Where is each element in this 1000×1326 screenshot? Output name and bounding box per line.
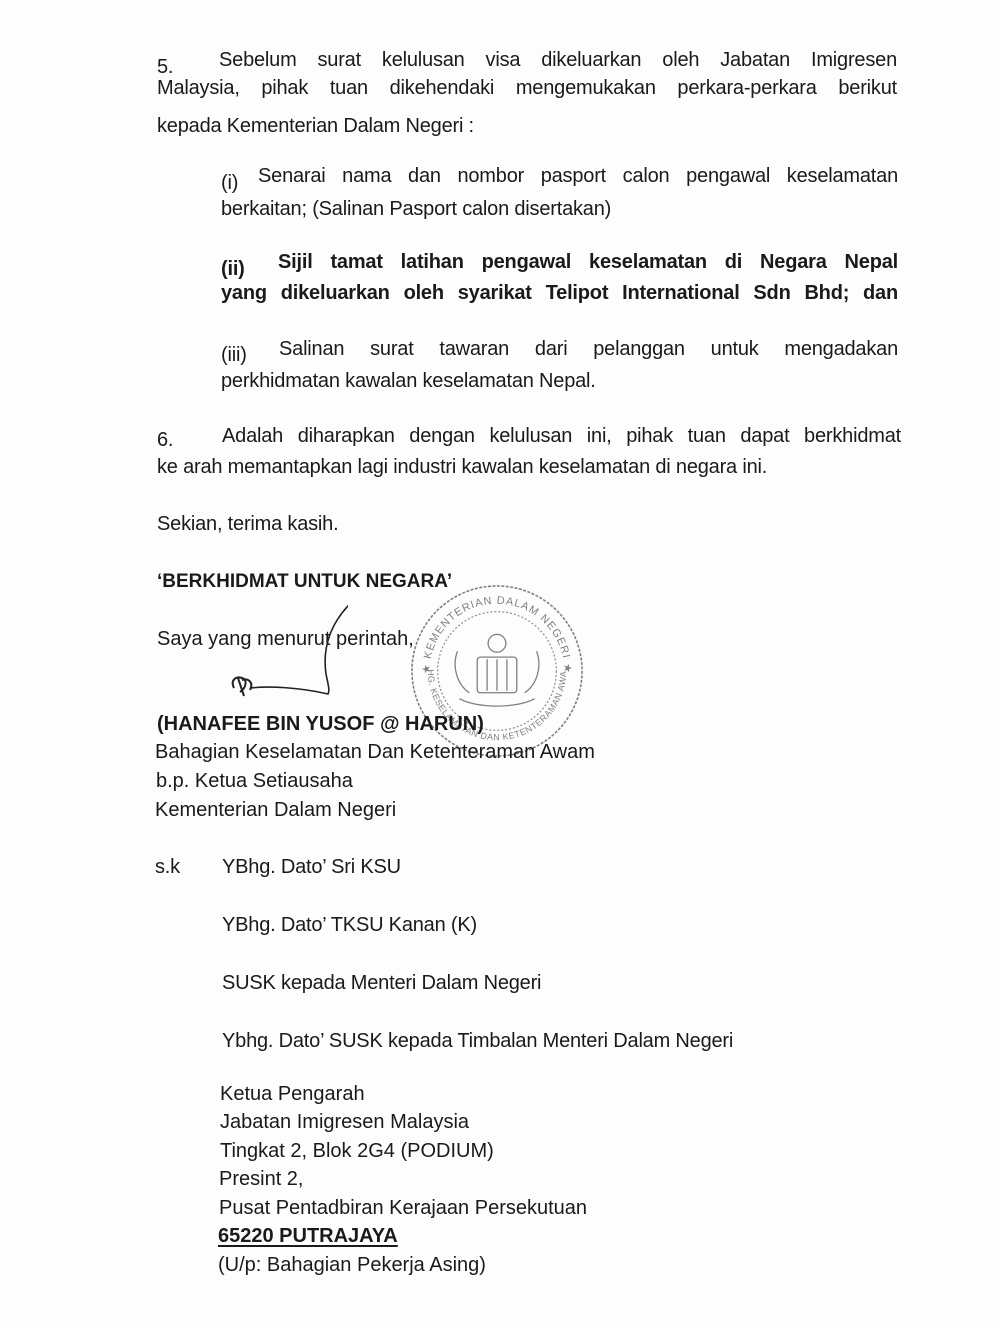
cc-recipient: YBhg. Dato’ Sri KSU: [222, 856, 401, 879]
address-line: Pusat Pentadbiran Kerajaan Persekutuan: [219, 1197, 587, 1220]
closing-text: Sekian, terima kasih.: [157, 513, 338, 536]
item-text-line: Senarai nama dan nombor pasport calon pe…: [258, 165, 898, 188]
item-text-line: Sijil tamat latihan pengawal keselamatan…: [278, 251, 898, 274]
item-text-line: perkhidmatan kawalan keselamatan Nepal.: [221, 370, 596, 393]
paragraph-text-line: Malaysia, pihak tuan dikehendaki mengemu…: [157, 77, 897, 100]
address-city: 65220 PUTRAJAYA: [218, 1225, 398, 1248]
signatory-division: Bahagian Keselamatan Dan Ketenteraman Aw…: [155, 741, 595, 764]
cc-recipient: Ybhg. Dato’ SUSK kepada Timbalan Menteri…: [222, 1030, 733, 1053]
cc-recipient: YBhg. Dato’ TKSU Kanan (K): [222, 914, 477, 937]
item-label: (i): [221, 172, 238, 195]
signatory-on-behalf: b.p. Ketua Setiausaha: [156, 770, 353, 793]
address-attention: (U/p: Bahagian Pekerja Asing): [218, 1254, 486, 1277]
address-line: Tingkat 2, Blok 2G4 (PODIUM): [220, 1140, 494, 1163]
item-label: (ii): [221, 258, 245, 281]
signature-icon: [228, 592, 348, 712]
cc-recipient: SUSK kepada Menteri Dalam Negeri: [222, 972, 541, 995]
paragraph-text-line: Adalah diharapkan dengan kelulusan ini, …: [222, 425, 901, 448]
item-text-line: Salinan surat tawaran dari pelanggan unt…: [279, 338, 898, 361]
item-label: (iii): [221, 344, 247, 367]
letter-page: 5. Sebelum surat kelulusan visa dikeluar…: [0, 0, 1000, 1326]
address-line: Ketua Pengarah: [220, 1083, 365, 1106]
paragraph-number: 5.: [157, 56, 173, 79]
address-line: Jabatan Imigresen Malaysia: [220, 1111, 469, 1134]
address-line: Presint 2,: [219, 1168, 303, 1191]
item-text-line: yang dikeluarkan oleh syarikat Telipot I…: [221, 282, 898, 305]
paragraph-text-line: Sebelum surat kelulusan visa dikeluarkan…: [219, 49, 897, 72]
cc-label: s.k: [155, 856, 180, 879]
signatory-ministry: Kementerian Dalam Negeri: [155, 799, 396, 822]
paragraph-number: 6.: [157, 429, 173, 452]
item-text-line: berkaitan; (Salinan Pasport calon disert…: [221, 198, 611, 221]
paragraph-text-line: ke arah memantapkan lagi industri kawala…: [157, 456, 767, 479]
paragraph-text-line: kepada Kementerian Dalam Negeri :: [157, 115, 474, 138]
signatory-name: (HANAFEE BIN YUSOF @ HARUN): [157, 713, 484, 736]
